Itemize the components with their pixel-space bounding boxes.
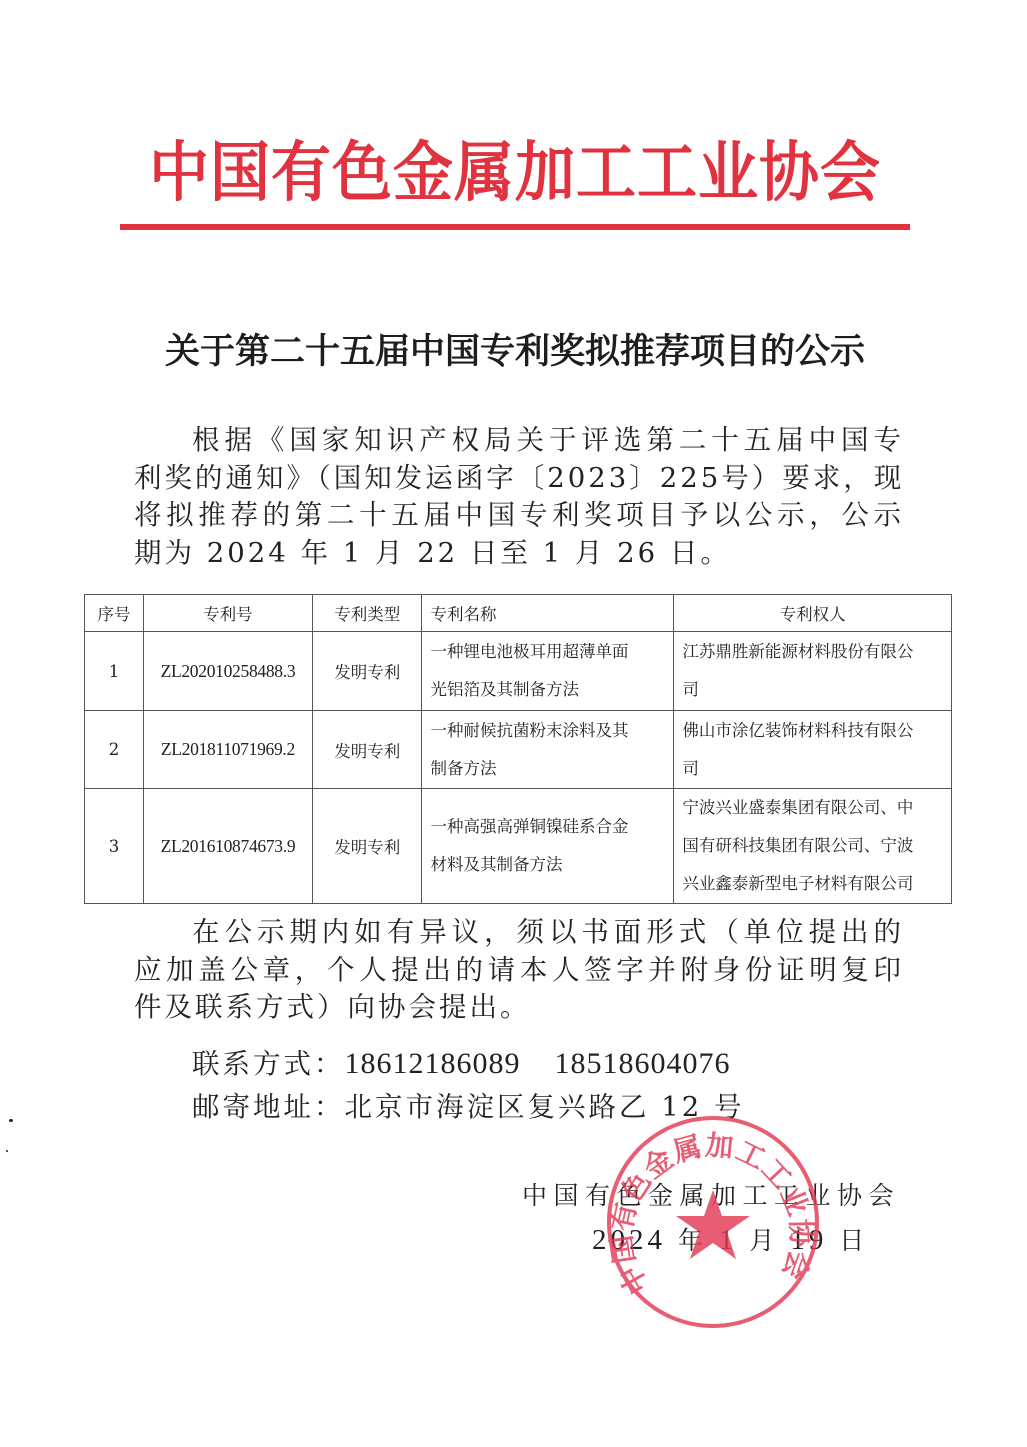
mailing-address: 北京市海淀区复兴路乙 12 号 [345, 1091, 745, 1123]
cell-line: 材料及其制备方法 [430, 846, 673, 884]
phone-label: 联系方式： [192, 1048, 345, 1080]
table-row: 1 ZL202010258488.3 发明专利 一种锂电池极耳用超薄单面 光铝箔… [85, 632, 952, 711]
cell-seq: 1 [85, 632, 144, 711]
cell-patent-name: 一种锂电池极耳用超薄单面 光铝箔及其制备方法 [422, 632, 674, 711]
objection-line: 应加盖公章，个人提出的请本人签字并附身份证明复印 [134, 952, 904, 990]
cell-patent-no: ZL202010258488.3 [143, 632, 312, 711]
signature-organization: 中国有色金属加工工业协会 [522, 1176, 900, 1216]
scan-speck [9, 1119, 13, 1122]
header-patent-owner: 专利权人 [674, 595, 952, 632]
phone-number-2: 18518604076 [555, 1047, 731, 1080]
cell-patent-name: 一种耐候抗菌粉末涂料及其 制备方法 [422, 711, 674, 789]
table-row: 2 ZL201811071969.2 发明专利 一种耐候抗菌粉末涂料及其 制备方… [85, 711, 952, 789]
scan-speck [6, 1150, 8, 1152]
cell-patent-type: 发明专利 [312, 711, 422, 789]
cell-line: 制备方法 [430, 750, 673, 788]
date-year: 2024 [592, 1224, 666, 1256]
intro-paragraph: 根据《国家知识产权局关于评选第二十五届中国专 利奖的通知》（国知发运函字〔202… [134, 422, 904, 572]
phone-number-1: 18612186089 [345, 1047, 521, 1080]
cell-line: 一种高强高弹铜镍硅系合金 [430, 808, 673, 846]
contact-phone: 联系方式：1861218608918518604076 [192, 1045, 731, 1084]
date-month: 1 [719, 1224, 738, 1256]
cell-line: 江苏鼎胜新能源材料股份有限公 [682, 633, 951, 671]
intro-line: 利奖的通知》（国知发运函字〔2023〕225号）要求，现 [134, 460, 904, 498]
date-day-unit: 日 [839, 1226, 868, 1255]
cell-patent-type: 发明专利 [312, 789, 422, 904]
document-title: 关于第二十五届中国专利奖拟推荐项目的公示 [120, 322, 910, 382]
header-patent-type: 专利类型 [312, 595, 422, 632]
cell-patent-name: 一种高强高弹铜镍硅系合金 材料及其制备方法 [422, 789, 674, 904]
cell-seq: 2 [85, 711, 144, 789]
intro-line: 期为 2024 年 1 月 22 日至 1 月 26 日。 [134, 535, 904, 573]
intro-line: 根据《国家知识产权局关于评选第二十五届中国专 [134, 422, 904, 460]
table-row: 3 ZL201610874673.9 发明专利 一种高强高弹铜镍硅系合金 材料及… [85, 789, 952, 904]
table-header-row: 序号 专利号 专利类型 专利名称 专利权人 [85, 595, 952, 632]
cell-patent-owner: 宁波兴业盛泰集团有限公司、中 国有研科技集团有限公司、宁波 兴业鑫泰新型电子材料… [674, 789, 952, 904]
date-day: 19 [790, 1224, 827, 1256]
cell-line: 国有研科技集团有限公司、宁波 [682, 827, 951, 865]
cell-seq: 3 [85, 789, 144, 904]
patent-table: 序号 专利号 专利类型 专利名称 专利权人 1 ZL202010258488.3… [84, 594, 952, 904]
letterhead-divider [120, 224, 910, 230]
header-seq: 序号 [85, 595, 144, 632]
cell-line: 光铝箔及其制备方法 [430, 671, 673, 709]
header-patent-no: 专利号 [143, 595, 312, 632]
objection-line: 件及联系方式）向协会提出。 [134, 989, 904, 1027]
cell-line: 一种耐候抗菌粉末涂料及其 [430, 712, 673, 750]
cell-line: 司 [682, 671, 951, 709]
cell-patent-type: 发明专利 [312, 632, 422, 711]
header-patent-name: 专利名称 [422, 595, 674, 632]
contact-address: 邮寄地址：北京市海淀区复兴路乙 12 号 [192, 1089, 744, 1127]
cell-line: 司 [682, 750, 951, 788]
cell-line: 佛山市涂亿装饰材料科技有限公 [682, 712, 951, 750]
intro-line: 将拟推荐的第二十五届中国专利奖项目予以公示，公示 [134, 497, 904, 535]
address-label: 邮寄地址： [192, 1091, 345, 1123]
letterhead-organization: 中国有色金属加工工业协会 [120, 124, 910, 221]
cell-patent-owner: 佛山市涂亿装饰材料科技有限公 司 [674, 711, 952, 789]
cell-patent-no: ZL201811071969.2 [143, 711, 312, 789]
cell-patent-no: ZL201610874673.9 [143, 789, 312, 904]
date-year-unit: 年 [678, 1226, 707, 1255]
cell-line: 一种锂电池极耳用超薄单面 [430, 633, 673, 671]
cell-patent-owner: 江苏鼎胜新能源材料股份有限公 司 [674, 632, 952, 711]
cell-line: 宁波兴业盛泰集团有限公司、中 [682, 789, 951, 827]
cell-line: 兴业鑫泰新型电子材料有限公司 [682, 865, 951, 903]
objection-line: 在公示期内如有异议，须以书面形式（单位提出的 [134, 914, 904, 952]
date-month-unit: 月 [749, 1226, 778, 1255]
signature-date: 2024 年 1 月 19 日 [592, 1220, 868, 1261]
objection-paragraph: 在公示期内如有异议，须以书面形式（单位提出的 应加盖公章，个人提出的请本人签字并… [134, 914, 904, 1027]
